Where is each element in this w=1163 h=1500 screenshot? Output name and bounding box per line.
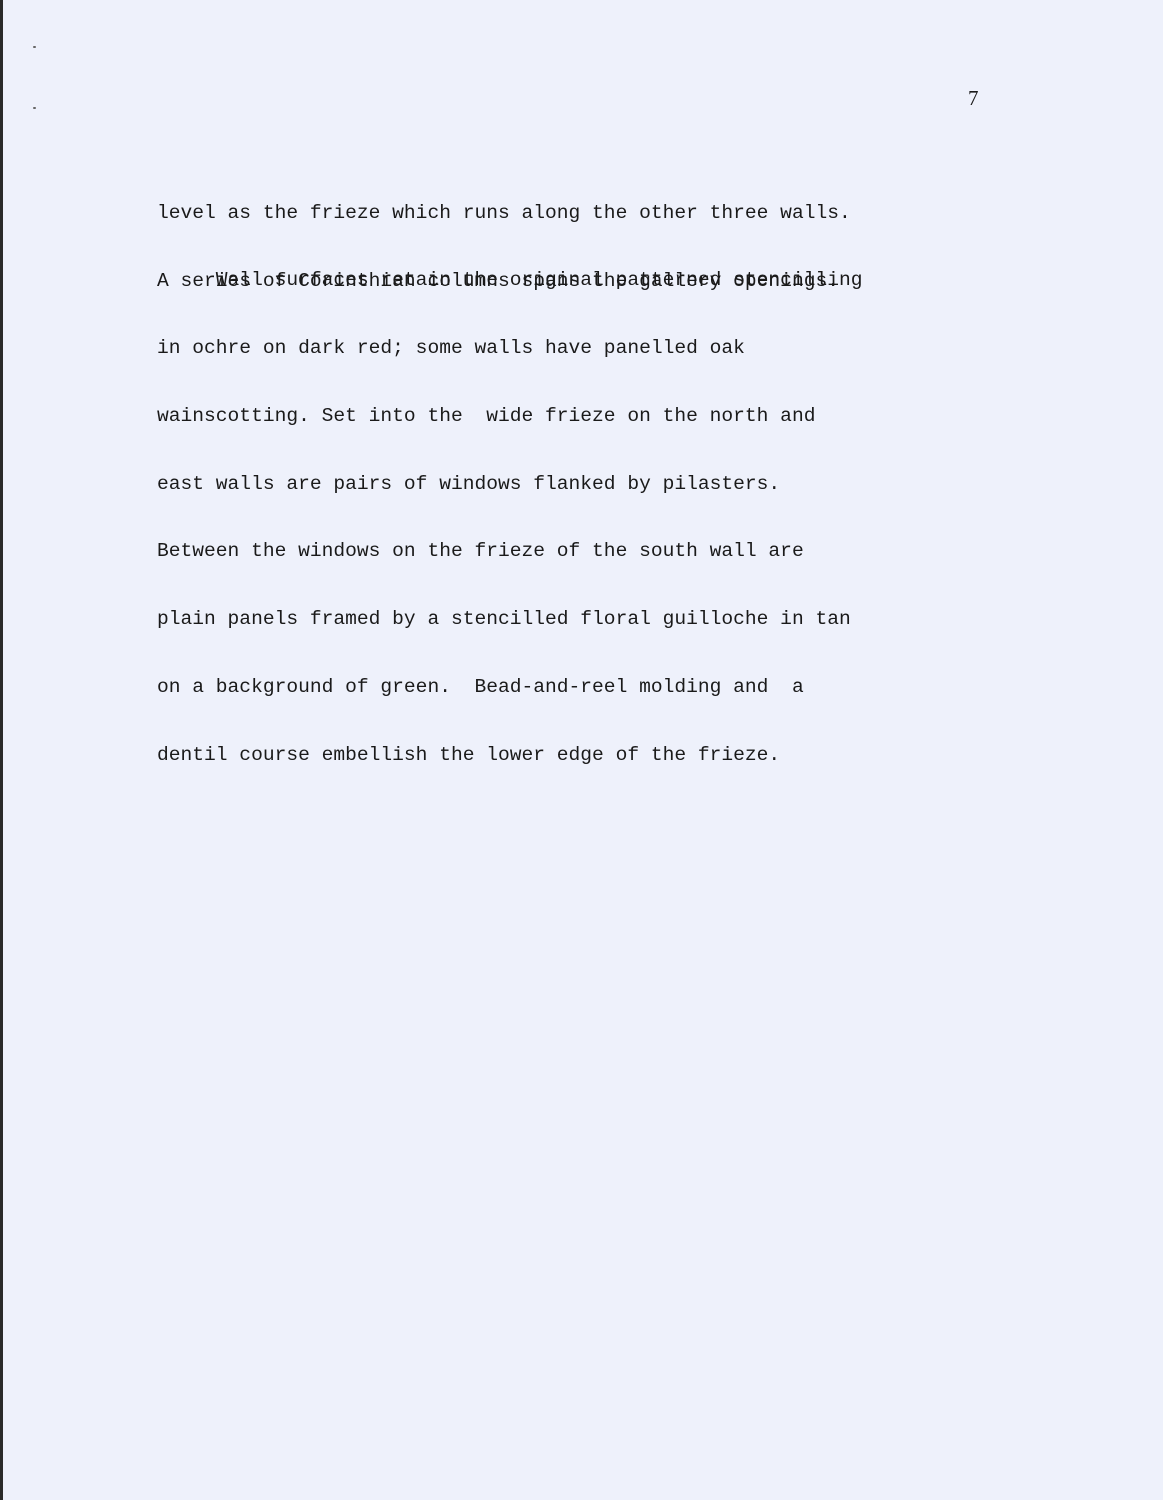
text-line: in ochre on dark red; some walls have pa…	[157, 337, 863, 360]
text-line: Wall surfaces retain the original patter…	[157, 269, 863, 292]
page-number: 7	[968, 86, 979, 111]
text-line: plain panels framed by a stencilled flor…	[157, 608, 863, 631]
scan-speck	[33, 46, 36, 48]
paragraph-2: Wall surfaces retain the original patter…	[157, 224, 863, 789]
text-line: wainscotting. Set into the wide frieze o…	[157, 405, 863, 428]
text-line: on a background of green. Bead-and-reel …	[157, 676, 863, 699]
text-line: dentil course embellish the lower edge o…	[157, 744, 863, 767]
scan-left-edge	[0, 0, 3, 1500]
text-line: Between the windows on the frieze of the…	[157, 540, 863, 563]
text-line: level as the frieze which runs along the…	[157, 202, 851, 225]
text-line: east walls are pairs of windows flanked …	[157, 473, 863, 496]
scan-speck	[33, 107, 36, 109]
